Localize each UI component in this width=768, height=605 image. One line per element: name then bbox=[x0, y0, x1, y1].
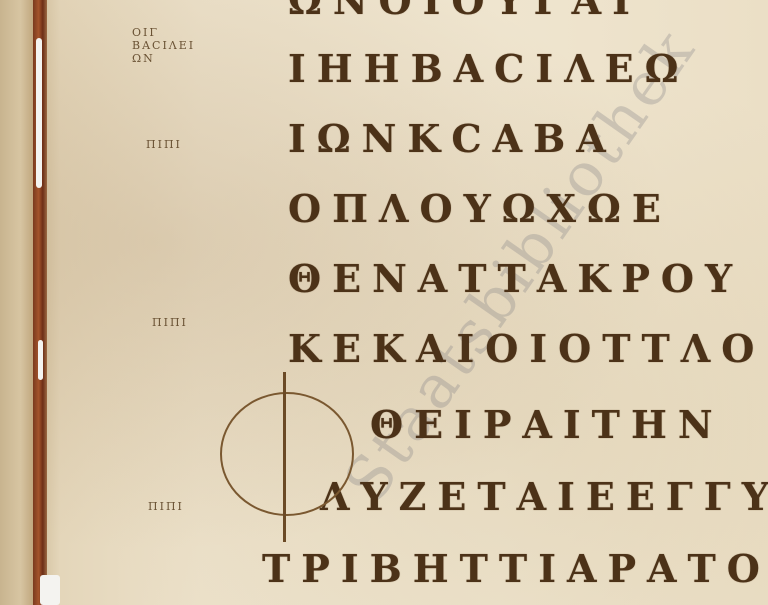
text-line-1: ΩΝΟΙΟΥΓΑΙ bbox=[288, 0, 641, 23]
margin-note-line: ΠΙΠΙ bbox=[152, 316, 188, 329]
parchment-tear bbox=[38, 340, 43, 380]
text-line-2: ΙΗΗΒΑCΙΛΕΩ bbox=[288, 46, 689, 91]
margin-note-kings: ΟΙΓ ΒΑCΙΛΕΙ ΩΝ bbox=[132, 26, 195, 65]
text-line-3: ΙΩΝΚCΑΒΑ bbox=[288, 116, 617, 161]
margin-note: ΠΙΠΙ bbox=[148, 500, 184, 513]
margin-note-line: ΒΑCΙΛΕΙ bbox=[132, 39, 195, 52]
text-line-4: ΟΠΛΟΥΩΧΩΕ bbox=[288, 186, 672, 231]
text-line-5: ΘΕΝΑΤΤΑΚΡΟΥ bbox=[288, 256, 743, 301]
text-line-9: ΤΡΙΒΗΤΤΙΑΡΑΤΟ bbox=[262, 546, 768, 591]
margin-note: ΠΙΠΙ bbox=[146, 138, 182, 151]
adjacent-leaf-edge bbox=[0, 0, 34, 605]
parchment-tear bbox=[40, 575, 60, 605]
text-line-7: ΘΕΙΡΑΙΤΗΝ bbox=[370, 402, 724, 447]
text-line-6: ΚΕΚΑΙΟΙΟΤΤΛΟ bbox=[288, 326, 765, 371]
decorated-initial-stem bbox=[283, 372, 286, 542]
decorated-initial-phi bbox=[220, 392, 354, 516]
text-line-8: ΛΥΖΕΤΑΙΕΕΓΓΥ bbox=[320, 474, 768, 519]
parchment-tear bbox=[36, 38, 42, 188]
margin-note-line: ΩΝ bbox=[132, 52, 195, 65]
manuscript-page: Staatsbibliothek ΟΙΓ ΒΑCΙΛΕΙ ΩΝ ΠΙΠΙ ΠΙΠ… bbox=[0, 0, 768, 605]
margin-note-line: ΠΙΠΙ bbox=[146, 138, 182, 151]
margin-note-line: ΠΙΠΙ bbox=[148, 500, 184, 513]
margin-note-line: ΟΙΓ bbox=[132, 26, 195, 39]
margin-note: ΠΙΠΙ bbox=[152, 316, 188, 329]
